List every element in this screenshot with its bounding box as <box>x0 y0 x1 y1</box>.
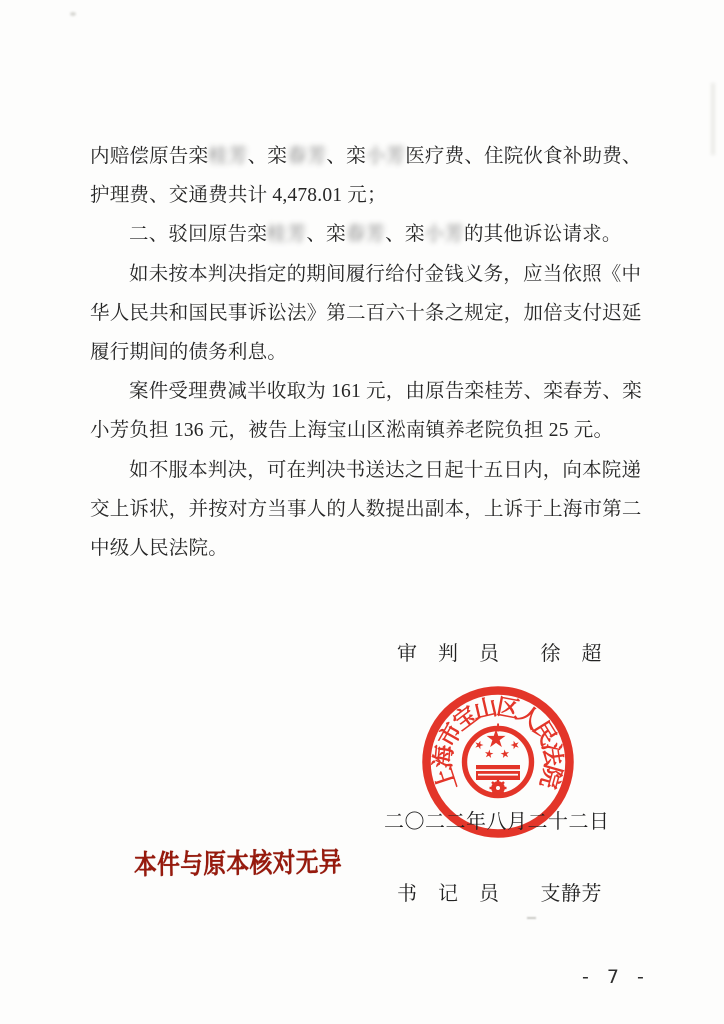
body-text-segment: 二、驳回原告栾 <box>129 224 267 245</box>
clerk-signature-line: 书 记 员 支静芳 <box>397 877 602 906</box>
scan-speck <box>70 12 76 16</box>
body-text-segment: 、栾 <box>306 224 345 245</box>
body-text-segment: 医疗费、住院伙食补助费、 <box>405 146 641 167</box>
national-emblem <box>465 724 532 797</box>
body-text-segment: 、栾 <box>248 146 287 167</box>
body-line: 如未按本判决指定的期间履行给付金钱义务，应当依照《中 <box>90 255 636 294</box>
redacted-name: 小芳 <box>425 224 464 245</box>
scan-smudge <box>711 83 715 155</box>
emblem-small-star <box>510 739 521 749</box>
judgment-page: 内赔偿原告栾桂芳、栾春芳、栾小芳医疗费、住院伙食补助费、 护理费、交通费共计 4… <box>0 0 724 1024</box>
body-text-segment: 、栾 <box>326 146 365 167</box>
body-line: 如不服本判决，可在判决书送达之日起十五日内，向本院递 <box>90 451 636 490</box>
body-line: 华人民共和国民事诉讼法》第二百六十条之规定，加倍支付迟延 <box>90 294 636 333</box>
judge-signature-line: 审 判 员 徐 超 <box>397 637 602 666</box>
body-line: 二、驳回原告栾桂芳、栾春芳、栾小芳的其他诉讼请求。 <box>90 215 636 254</box>
body-text-segment: 的其他诉讼请求。 <box>464 224 622 245</box>
page-number: - 7 - <box>582 966 650 988</box>
body-line: 小芳负担 136 元，被告上海宝山区淞南镇养老院负担 25 元。 <box>90 411 636 450</box>
emblem-gear <box>490 780 507 797</box>
verification-stamp: 本件与原本核对无异 <box>134 840 342 882</box>
body-line: 履行期间的债务利息。 <box>90 333 636 372</box>
body-text-segment: 、栾 <box>385 224 424 245</box>
emblem-gate <box>476 765 520 780</box>
redacted-name: 春芳 <box>346 224 385 245</box>
judgment-date: 二〇二二年八月二十二日 <box>384 805 610 834</box>
emblem-small-star <box>484 749 494 758</box>
body-line: 内赔偿原告栾桂芳、栾春芳、栾小芳医疗费、住院伙食补助费、 <box>90 137 636 176</box>
scan-speck <box>527 917 536 919</box>
body-line: 中级人民法院。 <box>90 529 636 568</box>
redacted-name: 春芳 <box>287 146 326 167</box>
body-line: 交上诉状，并按对方当事人的人数提出副本，上诉于上海市第二 <box>90 490 636 529</box>
emblem-top-ornament <box>497 724 499 732</box>
body-line: 案件受理费减半收取为 161 元，由原告栾桂芳、栾春芳、栾 <box>90 372 636 411</box>
body-line: 护理费、交通费共计 4,478.01 元； <box>90 176 636 215</box>
redacted-name: 桂芳 <box>267 224 306 245</box>
redacted-name: 桂芳 <box>208 146 247 167</box>
redacted-name: 小芳 <box>366 146 405 167</box>
body-text-segment: 内赔偿原告栾 <box>90 146 208 167</box>
emblem-small-star <box>500 749 510 758</box>
judgment-body: 内赔偿原告栾桂芳、栾春芳、栾小芳医疗费、住院伙食补助费、 护理费、交通费共计 4… <box>90 137 636 568</box>
